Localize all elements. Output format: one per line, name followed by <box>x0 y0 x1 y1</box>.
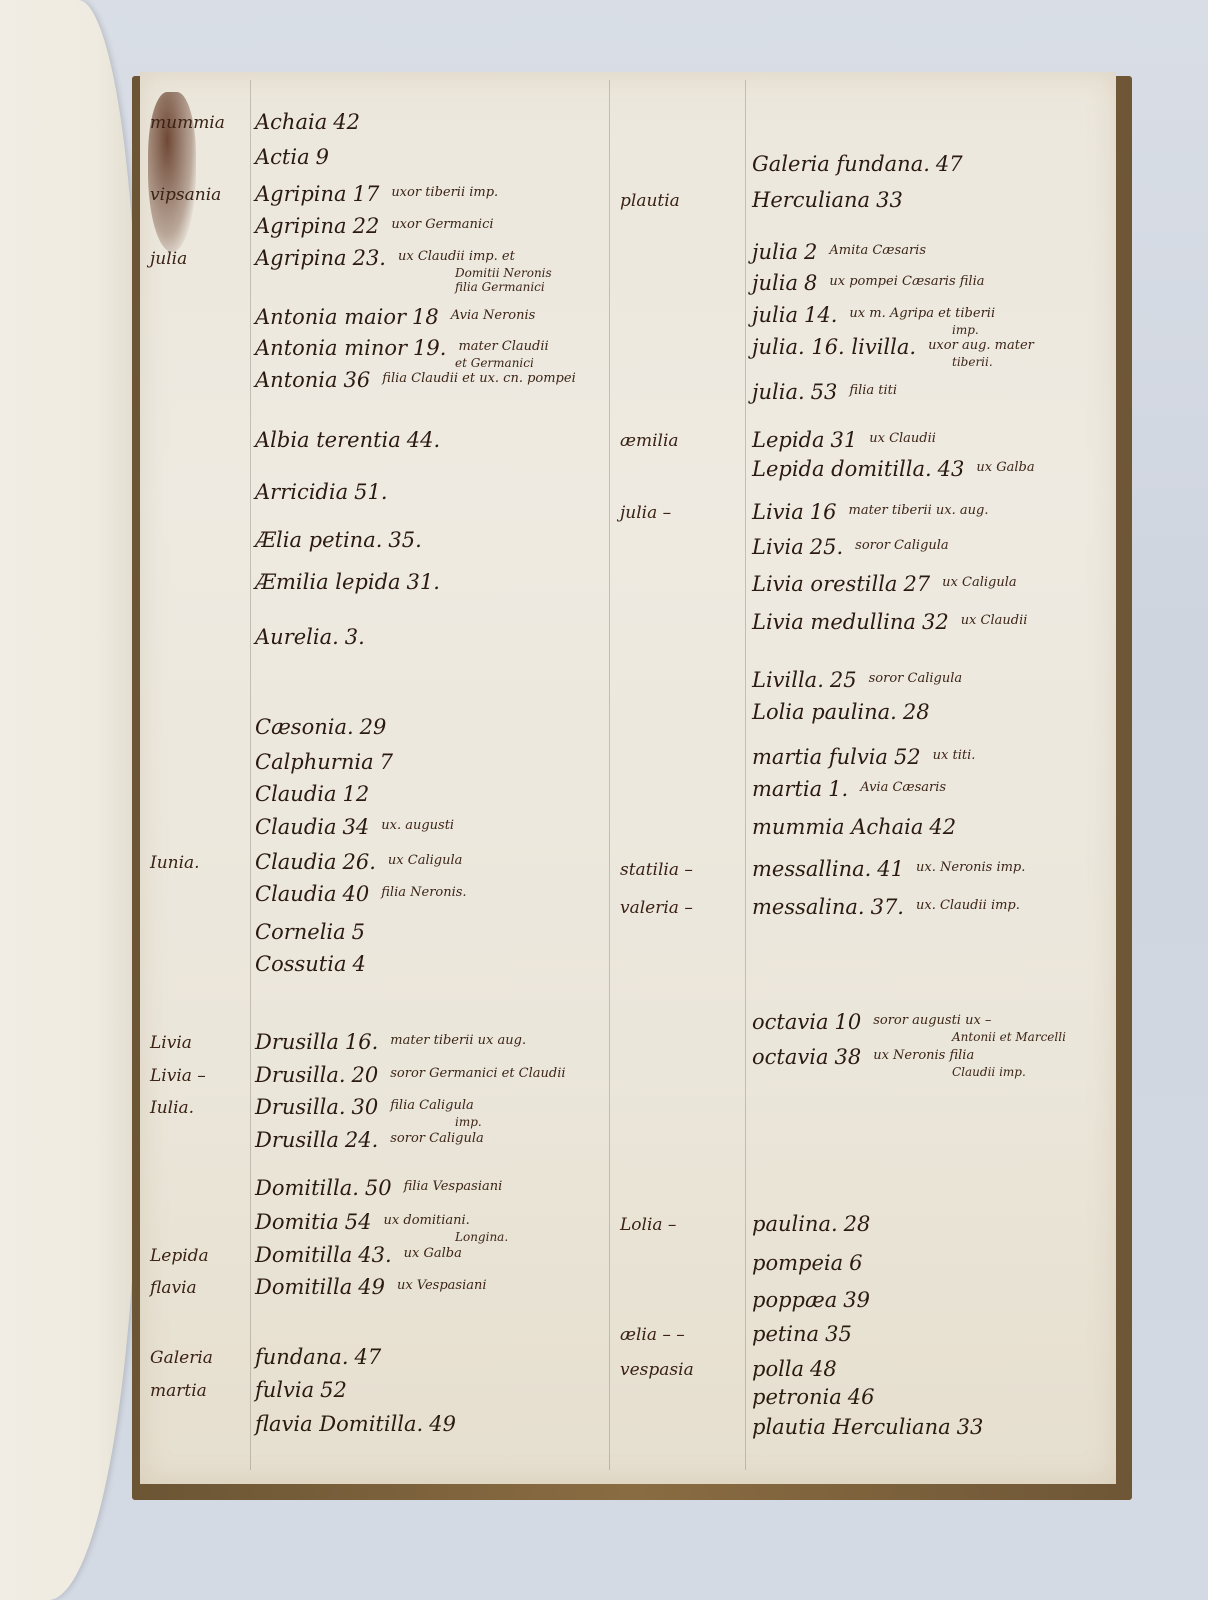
index-entry: Drusilla.30filia Caligula <box>255 1095 474 1119</box>
entry-number: 12 <box>343 782 370 806</box>
entry-number: 53 <box>811 380 838 404</box>
entry-prefix: Lepida <box>150 1246 209 1266</box>
entry-annotation: ux Claudii <box>869 431 936 446</box>
index-entry: Domitilla43.ux Galba <box>255 1243 462 1267</box>
index-entry: Domitilla.50filia Vespasiani <box>255 1176 502 1200</box>
entry-number: 35 <box>825 1322 852 1346</box>
index-entry: flavia Domitilla.49 <box>255 1412 456 1436</box>
index-entry: Galeria fundana.47 <box>752 152 963 176</box>
entry-name: Drusilla <box>255 1128 339 1152</box>
entry-annotation: ux Galba <box>976 460 1034 475</box>
entry-number: 6 <box>849 1251 862 1275</box>
index-entry: Drusilla24.soror Caligula <box>255 1128 484 1152</box>
entry-number: 31 <box>831 428 858 452</box>
entry-number: 17 <box>353 182 380 206</box>
entry-name: Livia medullina <box>752 610 916 634</box>
entry-number: 24. <box>345 1128 378 1152</box>
index-entry: Drusilla16.mater tiberii ux aug. <box>255 1030 526 1054</box>
entry-name: pompeia <box>752 1251 843 1275</box>
entry-name: Cæsonia. <box>255 715 354 739</box>
index-entry: Calphurnia7 <box>255 750 393 774</box>
entry-prefix: mummia <box>150 113 225 133</box>
entry-annotation: filia Claudii et ux. cn. pompei <box>382 371 575 386</box>
entry-annotation: uxor tiberii imp. <box>391 185 498 200</box>
index-entry: Antonia36filia Claudii et ux. cn. pompei <box>255 368 576 392</box>
entry-number: 52 <box>894 745 921 769</box>
index-entry: Claudia26.ux Caligula <box>255 850 462 874</box>
entry-name: julia <box>752 271 798 295</box>
entry-number: 37. <box>871 895 904 919</box>
entry-prefix: martia <box>150 1381 207 1401</box>
index-entry: Aurelia.3. <box>255 625 365 649</box>
entry-annotation: Amita Cæsaris <box>829 243 926 258</box>
entry-annotation: ux Claudii <box>961 613 1028 628</box>
entry-name: flavia Domitilla. <box>255 1412 423 1436</box>
index-entry: Agripina17uxor tiberii imp. <box>255 182 498 206</box>
entry-prefix: Iunia. <box>150 853 200 873</box>
entry-annotation-continued: Claudii imp. <box>952 1065 1026 1079</box>
index-entry: Æmilia lepida31. <box>255 570 440 594</box>
entry-annotation-continued: Longina. <box>455 1230 508 1244</box>
index-entry: Domitilla49ux Vespasiani <box>255 1275 487 1299</box>
index-entry: Livia16mater tiberii ux. aug. <box>752 500 988 524</box>
entry-name: Claudia <box>255 850 337 874</box>
entry-annotation: Avia Neronis <box>451 308 536 323</box>
entry-number: 49 <box>358 1275 385 1299</box>
index-entry: plautia Herculiana33 <box>752 1415 983 1439</box>
entry-annotation: mater tiberii ux. aug. <box>849 503 989 518</box>
index-entry: Ælia petina.35. <box>255 528 422 552</box>
entry-name: Lolia paulina. <box>752 700 897 724</box>
entry-prefix: plautia <box>620 191 680 211</box>
entry-annotation: soror Caligula <box>855 538 949 553</box>
entry-number: 2 <box>804 240 817 264</box>
entry-number: 44. <box>407 428 440 452</box>
entry-annotation: mater Claudii <box>458 339 548 354</box>
index-entry: Lepida domitilla.43ux Galba <box>752 457 1035 481</box>
entry-name: martia fulvia <box>752 745 888 769</box>
entry-number: 51. <box>354 480 387 504</box>
entry-number: 18 <box>412 305 439 329</box>
entry-number: 10 <box>834 1010 861 1034</box>
entry-number: 33 <box>876 188 903 212</box>
entry-number: 8 <box>804 271 817 295</box>
entry-name: messallina. <box>752 857 871 881</box>
entry-annotation: ux Claudii imp. et <box>398 249 515 264</box>
entry-name: Livia <box>752 535 804 559</box>
entry-annotation: ux Neronis filia <box>873 1048 974 1063</box>
entry-number: 5 <box>352 920 365 944</box>
index-entry: petronia46 <box>752 1385 875 1409</box>
entry-annotation: filia titi <box>849 383 897 398</box>
entry-name: Antonia <box>255 368 338 392</box>
entry-name: julia. <box>752 380 805 404</box>
entry-name: Aurelia. <box>255 625 339 649</box>
index-entry: Domitia54ux domitiani. <box>255 1210 470 1234</box>
index-entry: Claudia12 <box>255 782 369 806</box>
entry-prefix: æmilia <box>620 431 679 451</box>
entry-number: 28 <box>844 1212 871 1236</box>
entry-name: Antonia minor <box>255 336 407 360</box>
column-divider <box>609 80 610 1470</box>
entry-name: Lepida <box>752 428 825 452</box>
entry-number: 49 <box>429 1412 456 1436</box>
entry-prefix: julia <box>150 249 187 269</box>
entry-number: 1. <box>828 777 848 801</box>
entry-annotation: soror Germanici et Claudii <box>390 1066 565 1081</box>
entry-annotation: mater tiberii ux aug. <box>390 1033 526 1048</box>
entry-number: 34 <box>343 815 370 839</box>
entry-annotation: ux pompei Cæsaris filia <box>829 274 984 289</box>
entry-prefix: Livia – <box>150 1066 206 1086</box>
index-entry: Cornelia5 <box>255 920 365 944</box>
index-entry: Claudia34ux. augusti <box>255 815 454 839</box>
entry-name: octavia <box>752 1045 828 1069</box>
entry-number: 33 <box>957 1415 984 1439</box>
entry-name: polla <box>752 1357 804 1381</box>
index-entry: Claudia40filia Neronis. <box>255 882 467 906</box>
entry-name: petina <box>752 1322 819 1346</box>
entry-name: Lepida domitilla. <box>752 457 932 481</box>
entry-name: Cornelia <box>255 920 346 944</box>
entry-name: fundana. <box>255 1345 349 1369</box>
entry-number: 39 <box>843 1288 870 1312</box>
entry-number: 35. <box>388 528 421 552</box>
entry-number: 27 <box>903 572 930 596</box>
index-entry: fulvia52 <box>255 1378 347 1402</box>
entry-number: 47 <box>355 1345 382 1369</box>
entry-name: Domitilla. <box>255 1176 359 1200</box>
index-entry: Actia9 <box>255 145 329 169</box>
index-entry: Agripina22uxor Germanici <box>255 214 494 238</box>
entry-name: julia. 16. livilla. <box>752 335 916 359</box>
index-entry: Achaia42 <box>255 110 360 134</box>
entry-name: fulvia <box>255 1378 314 1402</box>
entry-number: 36 <box>344 368 371 392</box>
entry-prefix: vipsania <box>150 185 221 205</box>
entry-name: Cossutia <box>255 952 346 976</box>
entry-number: 14. <box>804 303 837 327</box>
index-entry: polla48 <box>752 1357 837 1381</box>
entry-name: Claudia <box>255 782 337 806</box>
entry-number: 20 <box>352 1063 379 1087</box>
entry-annotation: uxor aug. mater <box>928 338 1034 353</box>
entry-name: Drusilla. <box>255 1063 346 1087</box>
entry-annotation: ux. augusti <box>381 818 454 833</box>
entry-number: 25 <box>830 668 857 692</box>
index-entry: julia8ux pompei Cæsaris filia <box>752 271 985 295</box>
entry-prefix: Galeria <box>150 1348 213 1368</box>
entry-annotation-continued: Domitii Neronis <box>455 266 552 280</box>
entry-prefix: julia – <box>620 503 671 523</box>
margin-rule-right <box>745 80 746 1470</box>
entry-annotation: filia Vespasiani <box>404 1179 503 1194</box>
entry-prefix: statilia – <box>620 860 693 880</box>
index-entry: pompeia6 <box>752 1251 862 1275</box>
entry-name: Calphurnia <box>255 750 374 774</box>
index-entry: Cæsonia.29 <box>255 715 386 739</box>
entry-annotation: ux. Neronis imp. <box>916 860 1025 875</box>
index-entry: poppæa39 <box>752 1288 870 1312</box>
entry-number: 47 <box>936 152 963 176</box>
entry-number: 26. <box>343 850 376 874</box>
entry-name: Claudia <box>255 815 337 839</box>
index-entry: Arricidia51. <box>255 480 388 504</box>
index-entry: messalina.37.ux. Claudii imp. <box>752 895 1020 919</box>
entry-number: 29 <box>360 715 387 739</box>
index-entry: Antonia maior18Avia Neronis <box>255 305 535 329</box>
entry-annotation: soror Caligula <box>869 671 963 686</box>
entry-name: Agripina <box>255 246 347 270</box>
index-entry: paulina.28 <box>752 1212 870 1236</box>
index-entry: Livia orestilla27ux Caligula <box>752 572 1017 596</box>
entry-prefix: ælia – – <box>620 1325 685 1345</box>
index-entry: petina35 <box>752 1322 852 1346</box>
entry-name: Albia terentia <box>255 428 401 452</box>
index-entry: Lepida31ux Claudii <box>752 428 936 452</box>
entry-name: Arricidia <box>255 480 348 504</box>
entry-number: 25. <box>810 535 843 559</box>
entry-prefix: flavia <box>150 1278 197 1298</box>
entry-name: mummia Achaia <box>752 815 923 839</box>
entry-annotation: ux Galba <box>404 1246 462 1261</box>
entry-name: Claudia <box>255 882 337 906</box>
entry-annotation: ux Vespasiani <box>397 1278 487 1293</box>
index-entry: mummia Achaia42 <box>752 815 956 839</box>
entry-number: 22 <box>353 214 380 238</box>
entry-annotation: filia Caligula <box>390 1098 473 1113</box>
entry-name: martia <box>752 777 822 801</box>
entry-name: messalina. <box>752 895 865 919</box>
entry-name: julia <box>752 303 798 327</box>
entry-annotation-continued: tiberii. <box>952 355 993 369</box>
entry-name: octavia <box>752 1010 828 1034</box>
entry-prefix: Livia <box>150 1033 192 1053</box>
entry-prefix: Lolia – <box>620 1215 676 1235</box>
entry-number: 46 <box>848 1385 875 1409</box>
entry-annotation: filia Neronis. <box>381 885 466 900</box>
entry-name: Achaia <box>255 110 327 134</box>
entry-name: Herculiana <box>752 188 870 212</box>
entry-name: Galeria fundana. <box>752 152 930 176</box>
entry-annotation: soror Caligula <box>390 1131 484 1146</box>
entry-number: 50 <box>365 1176 392 1200</box>
index-entry: Albia terentia44. <box>255 428 440 452</box>
entry-number: 54 <box>345 1210 372 1234</box>
entry-number: 43 <box>938 457 965 481</box>
index-entry: Livilla.25soror Caligula <box>752 668 962 692</box>
entry-name: Æmilia lepida <box>255 570 401 594</box>
entry-name: Domitia <box>255 1210 339 1234</box>
entry-name: Livia <box>752 500 804 524</box>
facing-page-edge <box>0 0 138 1600</box>
entry-name: Domitilla <box>255 1275 352 1299</box>
entry-name: Domitilla <box>255 1243 352 1267</box>
entry-name: Agripina <box>255 182 347 206</box>
index-entry: julia2Amita Cæsaris <box>752 240 926 264</box>
margin-rule-left <box>250 80 251 1470</box>
entry-annotation: ux Caligula <box>942 575 1016 590</box>
entry-name: Drusilla. <box>255 1095 346 1119</box>
index-entry: Drusilla.20soror Germanici et Claudii <box>255 1063 566 1087</box>
entry-name: Ælia petina. <box>255 528 382 552</box>
entry-annotation: ux m. Agripa et tiberii <box>849 306 995 321</box>
entry-number: 28 <box>903 700 930 724</box>
entry-name: plautia Herculiana <box>752 1415 951 1439</box>
index-entry: Livia25.soror Caligula <box>752 535 949 559</box>
entry-annotation-continued: Antonii et Marcelli <box>952 1030 1066 1044</box>
index-entry: Herculiana33 <box>752 188 903 212</box>
entry-annotation: Avia Cæsaris <box>860 780 946 795</box>
entry-number: 43. <box>358 1243 391 1267</box>
entry-number: 4 <box>352 952 365 976</box>
entry-number: 16 <box>810 500 837 524</box>
entry-annotation: ux Caligula <box>388 853 462 868</box>
index-entry: Cossutia4 <box>255 952 366 976</box>
entry-number: 48 <box>810 1357 837 1381</box>
entry-annotation-continued: filia Germanici <box>455 280 545 294</box>
index-entry: martia1.Avia Cæsaris <box>752 777 946 801</box>
entry-name: Agripina <box>255 214 347 238</box>
entry-annotation: ux titi. <box>933 748 976 763</box>
entry-name: julia <box>752 240 798 264</box>
index-entry: messallina.41ux. Neronis imp. <box>752 857 1025 881</box>
entry-number: 23. <box>353 246 386 270</box>
entry-annotation: ux domitiani. <box>384 1213 470 1228</box>
entry-prefix: vespasia <box>620 1360 694 1380</box>
index-entry: Lolia paulina.28 <box>752 700 930 724</box>
entry-name: Drusilla <box>255 1030 339 1054</box>
entry-name: petronia <box>752 1385 842 1409</box>
entry-prefix: valeria – <box>620 898 693 918</box>
entry-name: Antonia maior <box>255 305 406 329</box>
entry-name: poppæa <box>752 1288 837 1312</box>
entry-number: 30 <box>352 1095 379 1119</box>
entry-number: 3. <box>345 625 365 649</box>
entry-number: 7 <box>380 750 393 774</box>
entry-annotation-continued: imp. <box>455 1115 482 1129</box>
entry-annotation: soror augusti ux – <box>873 1013 991 1028</box>
entry-name: paulina. <box>752 1212 838 1236</box>
index-entry: fundana.47 <box>255 1345 381 1369</box>
entry-number: 42 <box>929 815 956 839</box>
entry-number: 52 <box>320 1378 347 1402</box>
index-entry: martia fulvia52ux titi. <box>752 745 975 769</box>
entry-number: 41 <box>877 857 904 881</box>
entry-name: Livia orestilla <box>752 572 897 596</box>
index-entry: julia.53filia titi <box>752 380 897 404</box>
entry-number: 32 <box>922 610 949 634</box>
entry-number: 42 <box>333 110 360 134</box>
entry-number: 38 <box>834 1045 861 1069</box>
entry-name: Livilla. <box>752 668 824 692</box>
entry-annotation: ux. Claudii imp. <box>916 898 1020 913</box>
entry-number: 9 <box>316 145 329 169</box>
entry-number: 31. <box>407 570 440 594</box>
entry-annotation: uxor Germanici <box>391 217 493 232</box>
entry-number: 40 <box>343 882 370 906</box>
entry-name: Actia <box>255 145 310 169</box>
entry-number: 16. <box>345 1030 378 1054</box>
entry-number: 19. <box>413 336 446 360</box>
entry-prefix: Iulia. <box>150 1098 194 1118</box>
index-entry: Livia medullina32ux Claudii <box>752 610 1027 634</box>
index-entry: octavia38ux Neronis filia <box>752 1045 974 1069</box>
